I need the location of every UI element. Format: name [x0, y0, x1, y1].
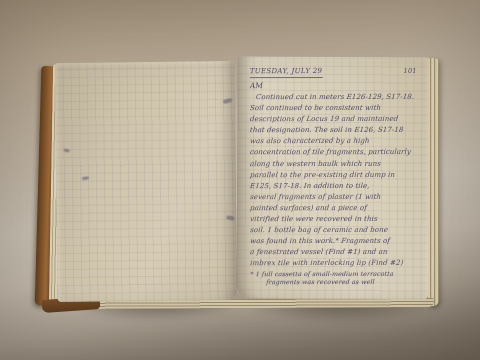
footnote: * 1 full cassetta of small-medium terrac…: [250, 270, 423, 287]
right-page-notes: TUESDAY, JULY 29 101 AM Continued cut in…: [236, 56, 429, 299]
page-number: 101: [403, 67, 416, 76]
handwriting-line: vitrified tile were recovered in this: [250, 214, 424, 225]
handwriting-line: parallel to the pre-existing dirt dump i…: [250, 169, 424, 180]
page-edges-right: [428, 58, 439, 306]
handwriting-line: concentration of tile fragments, particu…: [249, 147, 423, 158]
handwriting-line: E125, S17-18. In addition to tile,: [250, 181, 424, 192]
handwriting-line: painted surfaces) and a piece of: [250, 203, 424, 214]
handwriting-line: was found in this work.* Fragments of: [250, 236, 424, 247]
handwriting-line: descriptions of Locus 19 and maintained: [249, 114, 423, 125]
handwriting-line: several fragments of plaster (1 with: [250, 192, 424, 203]
handwriting-line: soil. 1 bottle bag of ceramic and bone: [250, 225, 424, 236]
ink-bleed-mark: [82, 176, 89, 180]
left-page-blank-grid: [55, 61, 238, 302]
handwriting-line: Continued cut in meters E126-129, S17-18…: [249, 92, 423, 103]
footnote-line: fragments was recovered as well: [250, 279, 424, 288]
ink-bleed-mark: [223, 98, 233, 104]
handwritten-notes: TUESDAY, JULY 29 101 AM Continued cut in…: [237, 57, 429, 299]
page-header: TUESDAY, JULY 29 101: [250, 67, 423, 78]
handwriting-line: along the western baulk which runs: [250, 158, 424, 169]
footnote-line: * 1 full cassetta of small-medium terrac…: [250, 270, 424, 279]
ink-bleed-mark: [226, 215, 235, 220]
handwriting-line: imbrex tile with interlocking lip (Find …: [250, 258, 424, 269]
photograph-open-notebook: TUESDAY, JULY 29 101 AM Continued cut in…: [0, 0, 480, 360]
open-notebook: TUESDAY, JULY 29 101 AM Continued cut in…: [36, 52, 438, 312]
handwriting-line: a fenestrated vessel (Find #1) and an: [250, 247, 424, 258]
ink-bleed-mark: [63, 149, 69, 153]
date-header: TUESDAY, JULY 29: [250, 67, 323, 78]
section-label: AM: [250, 81, 423, 91]
handwriting-line: that designation. The soil in E126, S17-…: [249, 125, 423, 136]
handwriting-line: Soil continued to be consistent with: [249, 103, 423, 114]
